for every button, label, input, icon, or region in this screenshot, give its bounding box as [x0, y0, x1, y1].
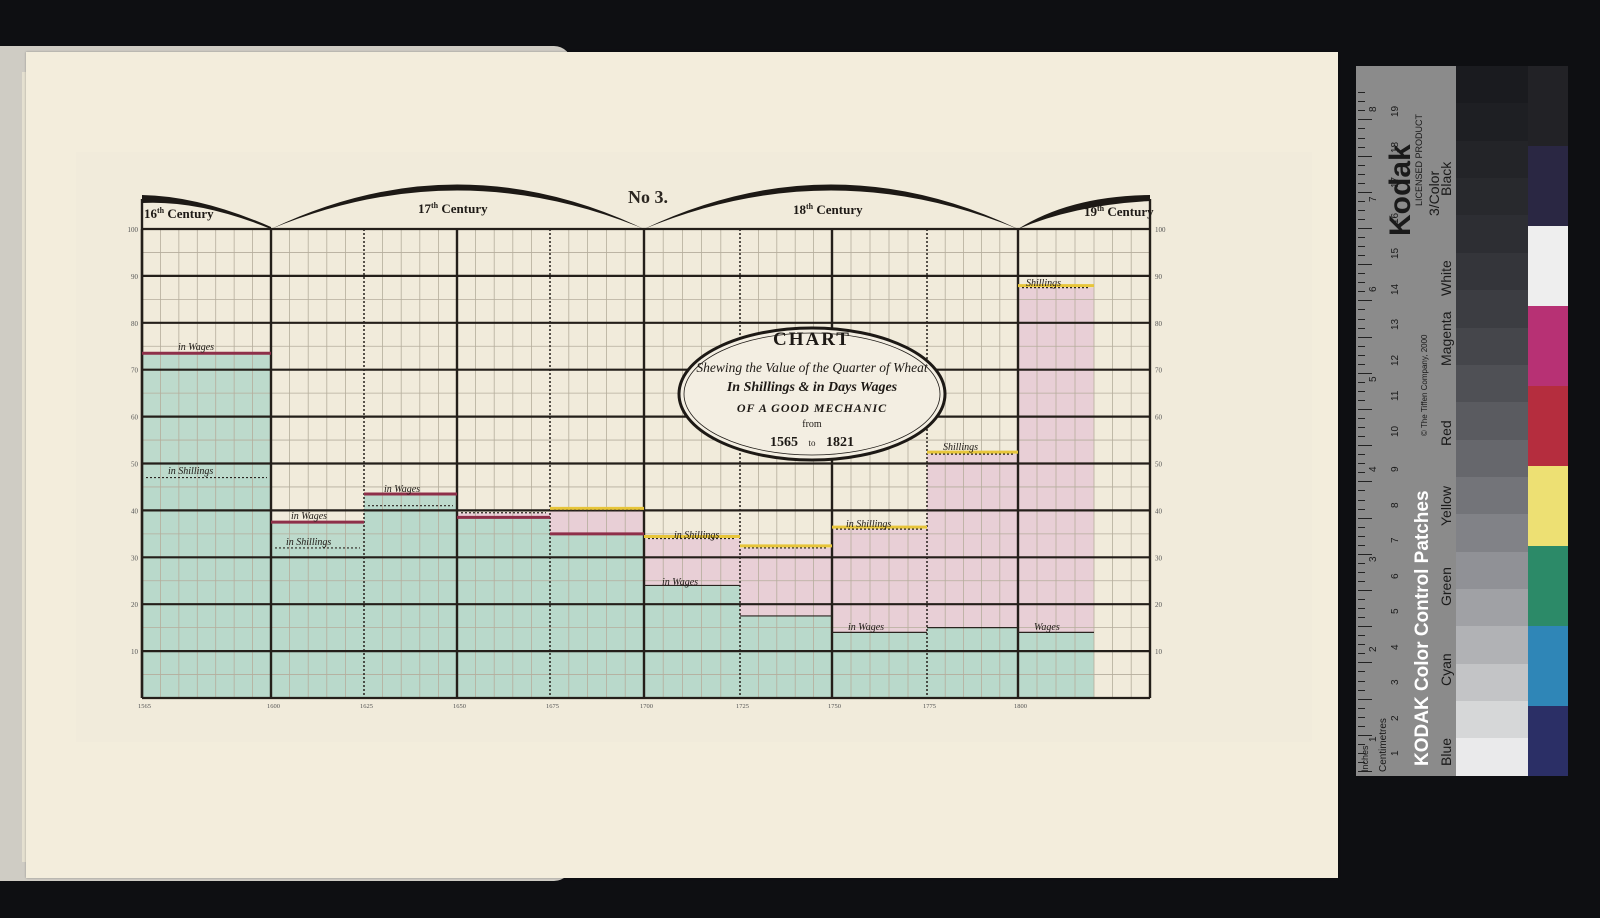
label-in-wages: in Wages [178, 342, 214, 353]
ruler-tick [1358, 156, 1372, 157]
ruler-tick [1358, 364, 1365, 365]
ruler-tick [1358, 237, 1365, 238]
ruler-tick [1358, 418, 1365, 419]
bar-base [740, 616, 832, 698]
kodak-product-label: KODAK Color Control Patches [1412, 490, 1434, 766]
cm-mark: 3 [1390, 679, 1401, 685]
cm-mark: 4 [1390, 644, 1401, 650]
cm-mark: 5 [1390, 608, 1401, 614]
label-in-shillings: in Shillings [286, 537, 331, 548]
gray-patch [1456, 514, 1528, 551]
cartouche-line3: OF A GOOD MECHANIC [737, 401, 887, 415]
y-tick-right: 20 [1155, 601, 1163, 609]
bar-base [550, 534, 644, 698]
ruler-tick [1358, 554, 1372, 555]
plate-number: No 3. [628, 187, 668, 207]
ruler-tick [1358, 101, 1365, 102]
ruler-tick [1358, 635, 1365, 636]
ruler-tick [1358, 210, 1365, 211]
x-tick: 1700 [640, 703, 653, 710]
kodak-patch-name: Green [1438, 567, 1454, 606]
kodak-color-patches [1528, 66, 1568, 776]
ruler-tick [1358, 472, 1365, 473]
label-in-wages: in Wages [291, 511, 327, 522]
ruler-tick [1358, 147, 1365, 148]
ruler-tick [1358, 445, 1372, 446]
x-tick: 1650 [453, 703, 466, 710]
ruler-tick [1358, 219, 1365, 220]
ruler-tick [1358, 337, 1372, 338]
label-shillings: Shillings [1026, 278, 1061, 289]
ruler-tick [1358, 128, 1365, 129]
ruler-tick [1358, 690, 1365, 691]
ruler-tick [1358, 373, 1372, 374]
y-tick-left: 90 [131, 273, 139, 281]
y-tick-right: 60 [1155, 414, 1163, 422]
ruler-tick [1358, 409, 1372, 410]
color-patch [1528, 466, 1568, 546]
kodak-inches-label: Inches [1360, 745, 1370, 772]
ruler-tick [1358, 753, 1365, 754]
ruler-tick [1358, 174, 1365, 175]
cm-mark: 6 [1390, 573, 1401, 579]
ruler-tick [1358, 699, 1372, 700]
gray-patch [1456, 701, 1528, 738]
gray-patch [1456, 328, 1528, 365]
ruler-tick [1358, 563, 1365, 564]
ruler-tick [1358, 581, 1365, 582]
bar-shillings-excess [550, 510, 644, 533]
y-tick-left: 40 [131, 507, 139, 515]
bar-base [644, 585, 740, 698]
ruler-tick [1358, 762, 1365, 763]
ruler-tick [1358, 201, 1365, 202]
inch-mark: 3 [1368, 556, 1379, 562]
inch-mark: 7 [1368, 196, 1379, 202]
ruler-tick [1358, 264, 1372, 265]
cartouche-title: CHART [773, 329, 851, 350]
kodak-copyright: © The Tiffen Company, 2000 [1420, 334, 1429, 436]
cm-mark: 15 [1390, 248, 1401, 259]
kodak-patch-name: Black [1438, 162, 1454, 196]
color-patch [1528, 706, 1568, 776]
label-wages: Wages [1034, 622, 1060, 633]
x-tick: 1675 [546, 703, 559, 710]
ruler-tick [1358, 717, 1365, 718]
color-patch [1528, 226, 1568, 306]
inch-mark: 8 [1368, 106, 1379, 112]
inch-mark: 4 [1368, 466, 1379, 472]
color-patch [1528, 306, 1568, 386]
inch-mark: 6 [1368, 286, 1379, 292]
cm-mark: 1 [1390, 750, 1401, 756]
x-tick: 1800 [1014, 703, 1027, 710]
inch-mark: 5 [1368, 376, 1379, 382]
label-in-wages: in Wages [848, 622, 884, 633]
ruler-tick [1358, 309, 1365, 310]
century-label: 16th Century [144, 206, 214, 221]
ruler-tick [1358, 662, 1372, 663]
cartouche-line4: from [802, 419, 822, 430]
cm-mark: 2 [1390, 715, 1401, 721]
label-in-wages: in Wages [384, 484, 420, 495]
century-label: 17th Century [418, 201, 488, 216]
kodak-patch-name: Magenta [1438, 312, 1454, 366]
gray-patch [1456, 477, 1528, 514]
ruler-tick [1358, 291, 1365, 292]
cm-mark: 19 [1390, 106, 1401, 117]
y-tick-left: 80 [131, 320, 139, 328]
ruler-tick [1358, 246, 1365, 247]
bar-base [457, 517, 550, 698]
bar-base [927, 628, 1018, 698]
ruler-tick [1358, 527, 1365, 528]
ruler-tick [1358, 436, 1365, 437]
bar-shillings-excess [927, 454, 1018, 628]
cartouche-line2: In Shillings & in Days Wages [726, 380, 898, 395]
ruler-tick [1358, 273, 1365, 274]
ruler-tick [1358, 400, 1365, 401]
x-tick: 1750 [828, 703, 841, 710]
bar-base [271, 548, 364, 698]
gray-patch [1456, 215, 1528, 252]
y-tick-right: 80 [1155, 320, 1163, 328]
y-tick-right: 10 [1155, 648, 1163, 656]
cm-mark: 13 [1390, 319, 1401, 330]
ruler-tick [1358, 590, 1372, 591]
ruler-tick [1358, 192, 1372, 193]
gray-patch [1456, 103, 1528, 140]
cartouche: CHART Shewing the Value of the Quarter o… [679, 328, 945, 460]
kodak-patch-name: White [1438, 260, 1454, 296]
ruler-tick [1358, 681, 1365, 682]
ruler-tick [1358, 771, 1372, 772]
ruler-tick [1358, 165, 1365, 166]
kodak-patch-name: Red [1438, 420, 1454, 446]
y-tick-right: 90 [1155, 273, 1163, 281]
ruler-tick [1358, 626, 1372, 627]
kodak-gray-scale [1456, 66, 1528, 776]
ruler-tick [1358, 509, 1365, 510]
kodak-patch-name: Blue [1438, 738, 1454, 766]
gray-patch [1456, 402, 1528, 439]
bar-wages-excess [142, 353, 271, 477]
cm-mark: 8 [1390, 502, 1401, 508]
y-tick-right: 70 [1155, 367, 1163, 375]
kodak-licensed: LICENSED PRODUCT [1414, 114, 1424, 206]
y-tick-left: 10 [131, 648, 139, 656]
ruler-tick [1358, 427, 1365, 428]
color-patch [1528, 626, 1568, 706]
ruler-tick [1358, 572, 1365, 573]
kodak-patch-name: Cyan [1438, 653, 1454, 686]
ruler-tick [1358, 536, 1365, 537]
ruler-tick [1358, 391, 1365, 392]
gray-patch [1456, 589, 1528, 626]
label-in-shillings: in Shillings [168, 466, 213, 477]
cm-mark: 7 [1390, 537, 1401, 543]
gray-patch [1456, 664, 1528, 701]
bar-base [364, 506, 457, 698]
gray-patch [1456, 552, 1528, 589]
gray-patch [1456, 626, 1528, 663]
y-tick-left: 100 [128, 226, 139, 234]
ruler-tick [1358, 110, 1365, 111]
cm-mark: 17 [1390, 177, 1401, 188]
ruler-tick [1358, 671, 1365, 672]
ruler-tick [1358, 599, 1365, 600]
inch-mark: 2 [1368, 646, 1379, 652]
ruler-tick [1358, 183, 1365, 184]
century-label: 18th Century [793, 202, 863, 217]
cartouche-year-end: 1821 [826, 435, 854, 450]
ruler-tick [1358, 708, 1365, 709]
cm-mark: 14 [1390, 283, 1401, 294]
cm-mark: 12 [1390, 354, 1401, 365]
cartouche-year-start: 1565 [770, 435, 798, 450]
cm-mark: 11 [1390, 391, 1401, 401]
label-in-shillings: in Shillings [674, 530, 719, 541]
ruler-tick [1358, 463, 1365, 464]
ruler-tick [1358, 92, 1365, 93]
cartouche-line1: Shewing the Value of the Quarter of Whea… [696, 360, 929, 375]
ruler-tick [1358, 617, 1365, 618]
gray-patch [1456, 365, 1528, 402]
ruler-tick [1358, 355, 1365, 356]
ruler-tick [1358, 653, 1365, 654]
ruler-tick [1358, 328, 1365, 329]
ruler-tick [1358, 490, 1365, 491]
cm-mark: 10 [1390, 425, 1401, 436]
century-label: 19th Century [1084, 204, 1154, 219]
cartouche-to: to [808, 438, 816, 448]
ruler-tick [1358, 319, 1365, 320]
kodak-patch-name: Yellow [1438, 486, 1454, 526]
gray-patch [1456, 66, 1528, 103]
ruler-tick [1358, 608, 1365, 609]
ruler-tick [1358, 228, 1372, 229]
y-tick-left: 30 [131, 554, 139, 562]
ruler-tick [1358, 726, 1365, 727]
ruler-tick [1358, 346, 1365, 347]
y-tick-right: 100 [1155, 226, 1166, 234]
y-tick-left: 20 [131, 601, 139, 609]
label-in-wages: in Wages [662, 577, 698, 588]
inch-mark: 1 [1368, 736, 1379, 742]
label-shillings: Shillings [943, 442, 978, 453]
cm-mark: 16 [1390, 212, 1401, 223]
bar-wages-excess [364, 494, 457, 506]
ruler-tick [1358, 138, 1365, 139]
ruler-tick [1358, 454, 1365, 455]
label-in-shillings: in Shillings [846, 519, 891, 530]
ruler-tick [1358, 382, 1365, 383]
kodak-color-target: KODAK Color Control Patches Kodak LICENS… [1356, 66, 1568, 776]
ruler-tick [1358, 735, 1372, 736]
ruler-tick [1358, 300, 1372, 301]
x-tick: 1775 [923, 703, 936, 710]
ruler-tick [1358, 119, 1372, 120]
y-tick-right: 50 [1155, 461, 1163, 469]
y-tick-left: 70 [131, 367, 139, 375]
ruler-tick [1358, 744, 1365, 745]
gray-patch [1456, 290, 1528, 327]
y-tick-left: 60 [131, 414, 139, 422]
y-tick-right: 40 [1155, 507, 1163, 515]
color-patch [1528, 546, 1568, 626]
gray-patch [1456, 253, 1528, 290]
x-tick: 1600 [267, 703, 280, 710]
color-patch [1528, 146, 1568, 226]
color-patch [1528, 66, 1568, 146]
gray-patch [1456, 440, 1528, 477]
x-tick: 1565 [138, 703, 151, 710]
cm-mark: 18 [1390, 141, 1401, 152]
ruler-tick [1358, 481, 1372, 482]
gray-patch [1456, 178, 1528, 215]
ruler-tick [1358, 518, 1372, 519]
color-patch [1528, 386, 1568, 466]
x-tick: 1725 [736, 703, 749, 710]
ruler-tick [1358, 282, 1365, 283]
gray-patch [1456, 141, 1528, 178]
x-tick: 1625 [360, 703, 373, 710]
y-tick-left: 50 [131, 461, 139, 469]
gray-patch [1456, 738, 1528, 775]
ruler-tick [1358, 644, 1365, 645]
y-tick-right: 30 [1155, 554, 1163, 562]
ruler-tick [1358, 500, 1365, 501]
bar-base [832, 632, 927, 698]
cm-mark: 9 [1390, 466, 1401, 472]
kodak-cm-label: Centimetres [1378, 718, 1389, 772]
ruler-tick [1358, 545, 1365, 546]
ruler-tick [1358, 255, 1365, 256]
